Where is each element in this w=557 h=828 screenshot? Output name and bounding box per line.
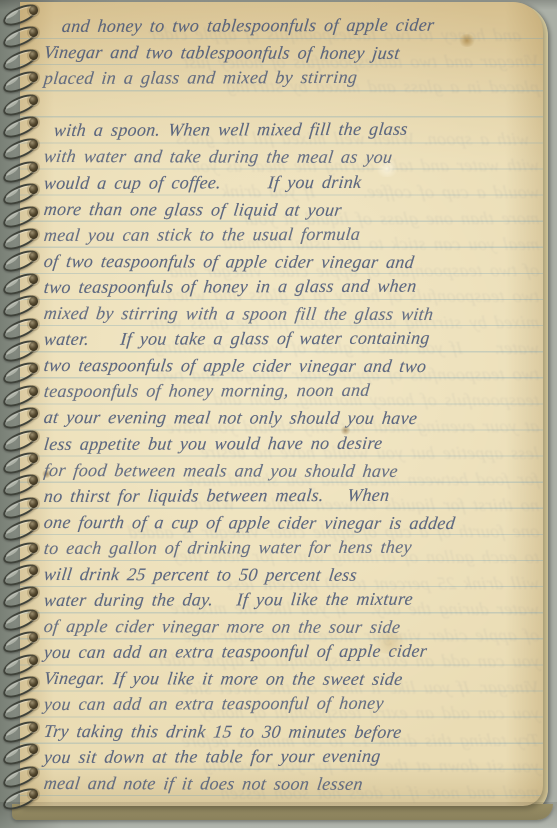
spiral-wire bbox=[0, 717, 40, 747]
spiral-wire bbox=[0, 784, 40, 814]
spiral-wire bbox=[0, 202, 40, 232]
punch-hole bbox=[29, 297, 38, 306]
handwriting-line: two teaspoonfuls of apple cider vinegar … bbox=[42, 352, 540, 379]
handwriting-line: no thirst for liquids between meals. Whe… bbox=[43, 481, 541, 509]
spiral-wire bbox=[0, 560, 40, 590]
spiral-ring bbox=[2, 497, 42, 517]
spiral-wire bbox=[0, 650, 40, 680]
punch-hole bbox=[29, 118, 38, 127]
spiral-ring bbox=[2, 698, 42, 718]
spiral-wire bbox=[0, 157, 40, 187]
handwriting-line: Try taking this drink 15 to 30 minutes b… bbox=[42, 718, 540, 745]
spiral-wire bbox=[0, 515, 40, 545]
spiral-ring bbox=[2, 766, 42, 786]
punch-hole bbox=[29, 163, 38, 172]
spiral-ring bbox=[2, 407, 42, 427]
spiral-wire bbox=[0, 269, 40, 299]
spiral-ring bbox=[2, 4, 42, 24]
punch-hole bbox=[29, 633, 38, 642]
spiral-wire bbox=[0, 23, 40, 53]
notebook-page: and honey to two tablespoonfuls of apple… bbox=[20, 2, 543, 806]
punch-hole bbox=[29, 678, 38, 687]
spiral-ring bbox=[2, 676, 42, 696]
spiral-wire bbox=[0, 45, 40, 75]
spiral-ring bbox=[2, 138, 42, 158]
punch-hole bbox=[29, 700, 38, 709]
spiral-ring bbox=[2, 654, 42, 674]
handwriting-line: meal and note if it does not soon lessen bbox=[42, 770, 540, 797]
punch-hole bbox=[29, 96, 38, 105]
spiral-wire bbox=[0, 471, 40, 501]
punch-hole bbox=[29, 6, 38, 15]
spiral-wire bbox=[0, 247, 40, 277]
spiral-wire bbox=[0, 314, 40, 344]
spiral-wire bbox=[0, 0, 40, 30]
spiral-wire bbox=[0, 359, 40, 389]
notebook-cover-edge bbox=[12, 804, 553, 820]
spiral-ring bbox=[2, 295, 42, 315]
spiral-ring bbox=[2, 609, 42, 629]
handwriting-line: you sit down at the table for your eveni… bbox=[43, 742, 541, 770]
spiral-binding bbox=[0, 0, 48, 828]
punch-hole bbox=[29, 409, 38, 418]
spiral-wire bbox=[0, 135, 40, 165]
punch-hole bbox=[29, 454, 38, 463]
handwriting-line: with water and take during the meal as y… bbox=[42, 143, 540, 170]
handwriting-line: with a spoon. When well mixed fill the g… bbox=[53, 116, 541, 144]
spiral-ring bbox=[2, 161, 42, 181]
handwriting-line: you can add an extra teaspoonful of appl… bbox=[43, 638, 541, 666]
punch-hole bbox=[29, 611, 38, 620]
spiral-wire bbox=[0, 291, 40, 321]
spiral-ring bbox=[2, 116, 42, 136]
handwriting-line: of apple cider vinegar more on the sour … bbox=[42, 613, 540, 640]
spiral-ring bbox=[2, 631, 42, 651]
spiral-ring bbox=[2, 430, 42, 450]
handwriting-line: less appetite but you would have no desi… bbox=[43, 429, 541, 457]
punch-hole bbox=[29, 140, 38, 149]
handwriting-line: for food between meals and you should ha… bbox=[42, 457, 540, 484]
spiral-wire bbox=[0, 739, 40, 769]
punch-hole bbox=[29, 768, 38, 777]
spiral-ring bbox=[2, 71, 42, 91]
handwriting-line: Vinegar and two tablespoonfuls of honey … bbox=[42, 39, 540, 66]
punch-hole bbox=[29, 275, 38, 284]
spiral-wire bbox=[0, 179, 40, 209]
handwriting-line: you can add an extra teaspoonful of hone… bbox=[43, 690, 541, 718]
punch-hole bbox=[29, 320, 38, 329]
spiral-ring bbox=[2, 362, 42, 382]
spiral-ring bbox=[2, 318, 42, 338]
handwriting-line: water. If you take a glass of water cont… bbox=[43, 324, 541, 352]
punch-hole bbox=[29, 73, 38, 82]
spiral-wire bbox=[0, 493, 40, 523]
desk-surface: and honey to two tablespoonfuls of apple… bbox=[0, 0, 557, 828]
punch-hole bbox=[29, 656, 38, 665]
handwriting-line bbox=[42, 91, 540, 118]
punch-hole bbox=[29, 51, 38, 60]
handwriting-line: water during the day. If you like the mi… bbox=[43, 585, 541, 613]
spiral-ring bbox=[2, 721, 42, 741]
spiral-wire bbox=[0, 448, 40, 478]
handwriting-line: two teaspoonfuls of honey in a glass and… bbox=[43, 272, 541, 300]
spiral-ring bbox=[2, 586, 42, 606]
spiral-ring bbox=[2, 385, 42, 405]
punch-hole bbox=[29, 28, 38, 37]
spiral-ring bbox=[2, 474, 42, 494]
spiral-wire bbox=[0, 90, 40, 120]
punch-hole bbox=[29, 588, 38, 597]
spiral-ring bbox=[2, 228, 42, 248]
spiral-wire bbox=[0, 112, 40, 142]
punch-hole bbox=[29, 723, 38, 732]
spiral-wire bbox=[0, 627, 40, 657]
handwriting-line: of two teaspoonfuls of apple cider vineg… bbox=[42, 248, 540, 275]
spiral-wire bbox=[0, 224, 40, 254]
punch-hole bbox=[29, 566, 38, 575]
spiral-ring bbox=[2, 452, 42, 472]
spiral-ring bbox=[2, 743, 42, 763]
handwriting-line: would a cup of coffee. If you drink bbox=[43, 168, 541, 196]
spiral-wire bbox=[0, 426, 40, 456]
handwriting-line: mixed by stirring with a spoon fill the … bbox=[42, 300, 540, 327]
spiral-ring bbox=[2, 519, 42, 539]
punch-hole bbox=[29, 387, 38, 396]
spiral-ring bbox=[2, 340, 42, 360]
punch-hole bbox=[29, 521, 38, 530]
handwriting-line: and honey to two tablespoonfuls of apple… bbox=[61, 11, 541, 39]
spiral-ring bbox=[2, 26, 42, 46]
spiral-ring bbox=[2, 183, 42, 203]
spiral-wire bbox=[0, 672, 40, 702]
punch-hole bbox=[29, 745, 38, 754]
spiral-wire bbox=[0, 336, 40, 366]
handwriting-line: one fourth of a cup of apple cider vineg… bbox=[42, 509, 540, 536]
spiral-wire bbox=[0, 67, 40, 97]
spiral-ring bbox=[2, 788, 42, 808]
spiral-wire bbox=[0, 762, 40, 792]
spiral-ring bbox=[2, 94, 42, 114]
spiral-ring bbox=[2, 564, 42, 584]
punch-hole bbox=[29, 208, 38, 217]
spiral-ring bbox=[2, 273, 42, 293]
handwriting-line: more than one glass of liquid at your bbox=[42, 196, 540, 223]
handwriting-line: teaspoonfuls of honey morning, noon and bbox=[43, 377, 541, 405]
handwriting-line: at your evening meal not only should you… bbox=[42, 404, 540, 431]
spiral-wire bbox=[0, 403, 40, 433]
spiral-ring bbox=[2, 542, 42, 562]
punch-hole bbox=[29, 499, 38, 508]
punch-hole bbox=[29, 544, 38, 553]
handwriting-line: to each gallon of drinking water for hen… bbox=[43, 533, 541, 561]
spiral-wire bbox=[0, 695, 40, 725]
spiral-ring bbox=[2, 206, 42, 226]
punch-hole bbox=[29, 342, 38, 351]
handwriting: and honey to two tablespoonfuls of apple… bbox=[44, 13, 539, 806]
punch-hole bbox=[29, 790, 38, 799]
punch-hole bbox=[29, 230, 38, 239]
handwriting-line: will drink 25 percent to 50 percent less bbox=[42, 561, 540, 588]
handwriting-line: meal you can stick to the usual formula bbox=[43, 220, 541, 248]
punch-hole bbox=[29, 432, 38, 441]
spiral-wire bbox=[0, 381, 40, 411]
punch-hole bbox=[29, 252, 38, 261]
handwriting-line: placed in a glass and mixed by stirring bbox=[43, 63, 541, 91]
spiral-ring bbox=[2, 49, 42, 69]
punch-hole bbox=[29, 364, 38, 373]
spiral-wire bbox=[0, 538, 40, 568]
spiral-wire bbox=[0, 605, 40, 635]
spiral-ring bbox=[2, 250, 42, 270]
punch-hole bbox=[29, 476, 38, 485]
spiral-wire bbox=[0, 583, 40, 613]
punch-hole bbox=[29, 185, 38, 194]
